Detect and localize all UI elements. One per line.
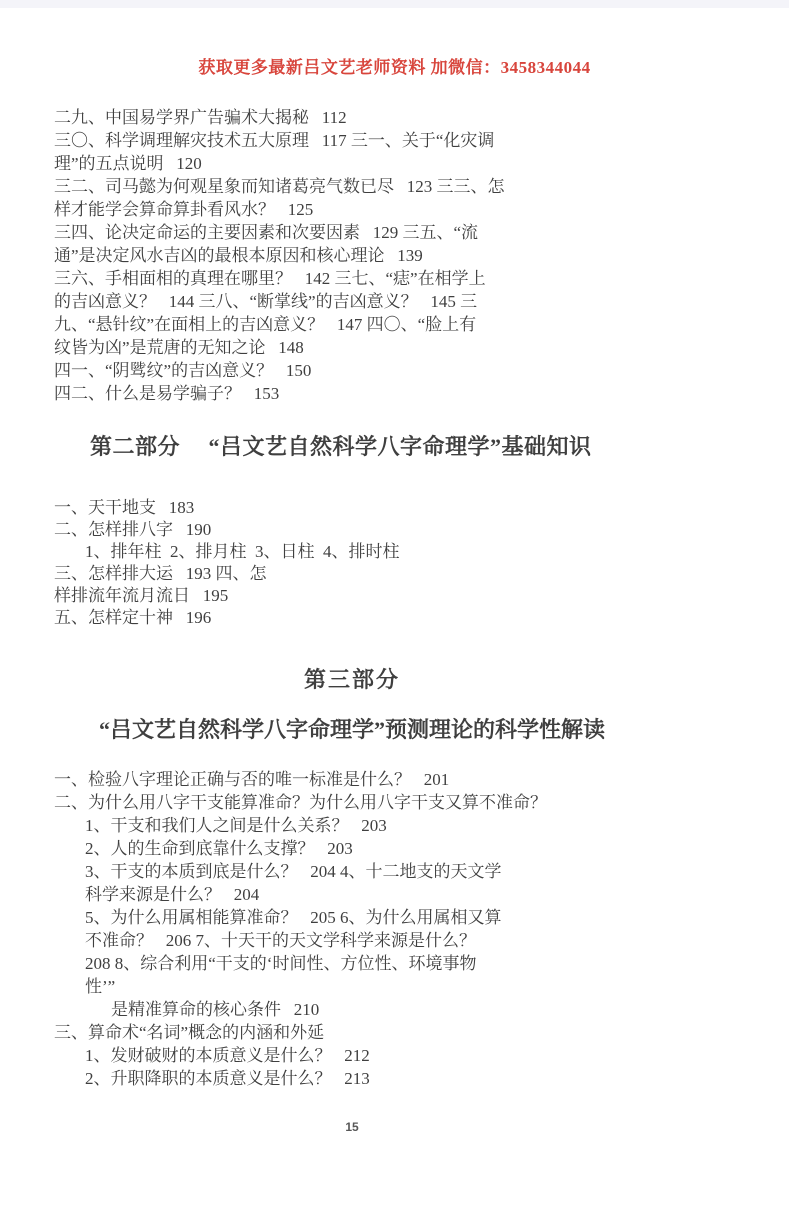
toc-line: 纹皆为凶”是荒唐的无知之论 148 — [54, 336, 694, 359]
page-top-strip — [0, 0, 789, 8]
toc-line: 1、排年柱 2、排月柱 3、日柱 4、排时柱 — [54, 541, 694, 563]
toc-line: 理”的五点说明 120 — [54, 152, 694, 175]
page-number: 15 — [54, 1120, 650, 1134]
toc-part1-list: 二九、中国易学界广告骗术大揭秘 112三〇、科学调理解灾技术五大原理 117 三… — [54, 106, 694, 405]
toc-line: 三、算命术“名词”概念的内涵和外延 — [54, 1021, 694, 1044]
toc-line: 5、为什么用属相能算准命？ 205 6、为什么用属相又算 — [54, 906, 694, 929]
toc-line: 的吉凶意义？ 144 三八、“断掌线”的吉凶意义？ 145 三 — [54, 290, 694, 313]
toc-line: 3、干支的本质到底是什么？ 204 4、十二地支的天文学 — [54, 860, 694, 883]
toc-line: 2、升职降职的本质意义是什么？ 213 — [54, 1067, 694, 1090]
toc-line: 五、怎样定十神 196 — [54, 607, 694, 629]
toc-line: 三六、手相面相的真理在哪里？ 142 三七、“痣”在相学上 — [54, 267, 694, 290]
part2-heading: 第二部分 “吕文艺自然科学八字命理学”基础知识 — [90, 430, 592, 461]
toc-line: 样排流年流月流日 195 — [54, 585, 694, 607]
toc-line: 九、“悬针纹”在面相上的吉凶意义？ 147 四〇、“脸上有 — [54, 313, 694, 336]
toc-line: 2、人的生命到底靠什么支撑？ 203 — [54, 837, 694, 860]
toc-line: 一、天干地支 183 — [54, 497, 694, 519]
toc-line: 不准命？ 206 7、十天干的天文学科学来源是什么？ — [54, 929, 694, 952]
toc-line: 1、干支和我们人之间是什么关系？ 203 — [54, 814, 694, 837]
toc-line: 性’” — [54, 975, 694, 998]
toc-line: 一、检验八字理论正确与否的唯一标准是什么？ 201 — [54, 768, 694, 791]
toc-line: 通”是决定风水吉凶的最根本原因和核心理论 139 — [54, 244, 694, 267]
toc-line: 208 8、综合利用“干支的‘时间性、方位性、环境事物 — [54, 952, 694, 975]
toc-line: 三〇、科学调理解灾技术五大原理 117 三一、关于“化灾调 — [54, 129, 694, 152]
toc-line: 三二、司马懿为何观星象而知诸葛亮气数已尽 123 三三、怎 — [54, 175, 694, 198]
toc-line: 样才能学会算命算卦看风水？ 125 — [54, 198, 694, 221]
toc-line: 二九、中国易学界广告骗术大揭秘 112 — [54, 106, 694, 129]
toc-line: 三四、论决定命运的主要因素和次要因素 129 三五、“流 — [54, 221, 694, 244]
part3-heading-subtitle: “吕文艺自然科学八字命理学”预测理论的科学性解读 — [54, 713, 650, 744]
toc-line: 四二、什么是易学骗子？ 153 — [54, 382, 694, 405]
promo-banner-text: 获取更多最新吕文艺老师资料 加微信：3458344044 — [0, 53, 789, 78]
toc-line: 科学来源是什么？ 204 — [54, 883, 694, 906]
toc-line: 是精准算命的核心条件 210 — [54, 998, 694, 1021]
toc-line: 二、为什么用八字干支能算准命？为什么用八字干支又算不准命？ — [54, 791, 694, 814]
scanned-document-page: 获取更多最新吕文艺老师资料 加微信：3458344044 二九、中国易学界广告骗… — [0, 0, 789, 1211]
toc-part2-list: 一、天干地支 183二、怎样排八字 1901、排年柱 2、排月柱 3、日柱 4、… — [54, 497, 694, 629]
toc-part3-list: 一、检验八字理论正确与否的唯一标准是什么？ 201二、为什么用八字干支能算准命？… — [54, 768, 694, 1090]
toc-line: 三、怎样排大运 193 四、怎 — [54, 563, 694, 585]
toc-line: 四一、“阴骘纹”的吉凶意义？ 150 — [54, 359, 694, 382]
part3-heading-title: 第三部分 — [54, 663, 650, 694]
toc-line: 1、发财破财的本质意义是什么？ 212 — [54, 1044, 694, 1067]
toc-line: 二、怎样排八字 190 — [54, 519, 694, 541]
